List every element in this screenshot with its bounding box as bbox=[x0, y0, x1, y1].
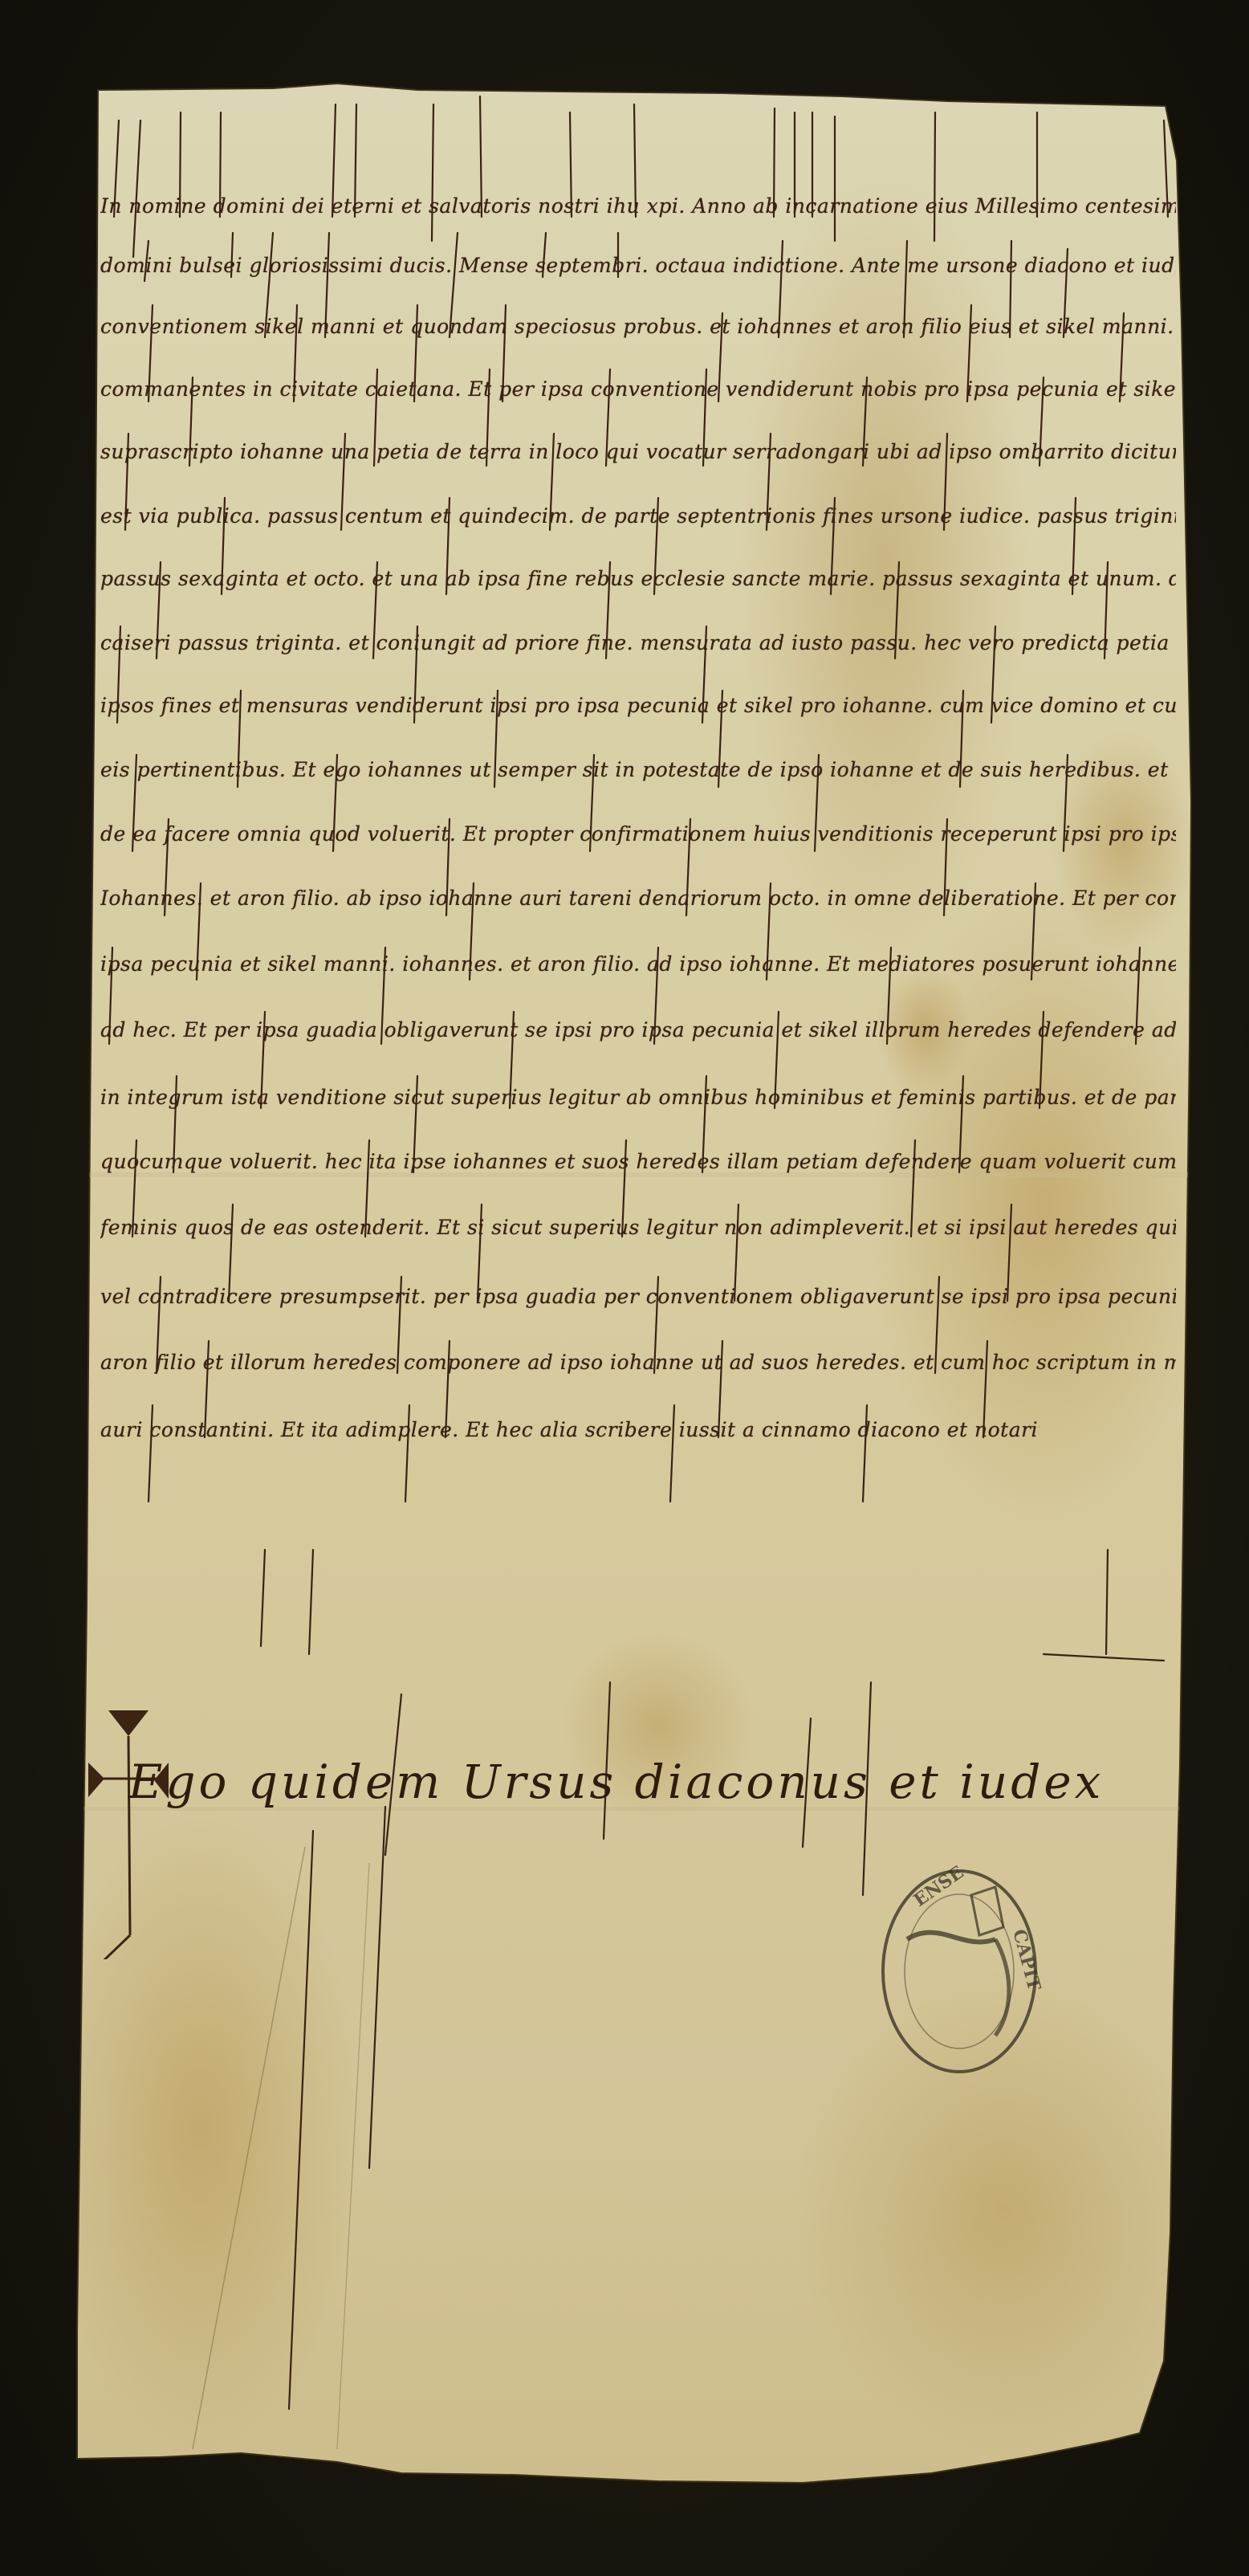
text-line: feminis quos de eas ostenderit. Et si si… bbox=[100, 1216, 1176, 1239]
svg-text:ENSE: ENSE bbox=[910, 1863, 968, 1911]
judge-signature: Ego quidem Ursus diaconus et iudex bbox=[128, 1755, 1104, 1809]
text-line: domini bulsei gloriosissimi ducis. Mense… bbox=[100, 254, 1176, 277]
text-line: aron filio et illorum heredes componere … bbox=[100, 1351, 1176, 1374]
text-line: quocumque voluerit. hec ita ipse iohanne… bbox=[100, 1150, 1176, 1173]
text-line: Iohannes. et aron filio. ab ipso iohanne… bbox=[100, 887, 1176, 910]
text-line: passus sexaginta et octo. et una ab ipsa… bbox=[100, 567, 1176, 590]
text-line: caiseri passus triginta. et coniungit ad… bbox=[100, 631, 1176, 654]
archive-stamp-icon: ENSE CAPIT bbox=[875, 1863, 1044, 2080]
text-line: In nomine domini dei eterni et salvatori… bbox=[100, 194, 1176, 218]
text-line: ipsos fines et mensuras vendiderunt ipsi… bbox=[100, 694, 1176, 717]
signum-cross-icon bbox=[80, 1702, 185, 1959]
text-line: de ea facere omnia quod voluerit. Et pro… bbox=[100, 822, 1176, 846]
text-line: suprascripto iohanne una petia de terra … bbox=[100, 440, 1176, 463]
text-line: est via publica. passus centum et quinde… bbox=[100, 504, 1176, 528]
text-line: ad hec. Et per ipsa guadia obligaverunt … bbox=[100, 1018, 1176, 1041]
text-line: conventionem sikel manni et quondam spec… bbox=[100, 315, 1176, 338]
text-line: in integrum ista venditione sicut superi… bbox=[100, 1086, 1176, 1109]
charter-text: In nomine domini dei eterni et salvatori… bbox=[0, 0, 1249, 2576]
text-line: commanentes in civitate caietana. Et per… bbox=[100, 377, 1176, 401]
text-line: auri constantini. Et ita adimplere. Et h… bbox=[100, 1418, 1039, 1441]
text-line: eis pertinentibus. Et ego iohannes ut se… bbox=[100, 758, 1176, 781]
text-line: ipsa pecunia et sikel manni. iohannes. e… bbox=[100, 952, 1176, 976]
text-line: vel contradicere presumpserit. per ipsa … bbox=[100, 1285, 1176, 1308]
